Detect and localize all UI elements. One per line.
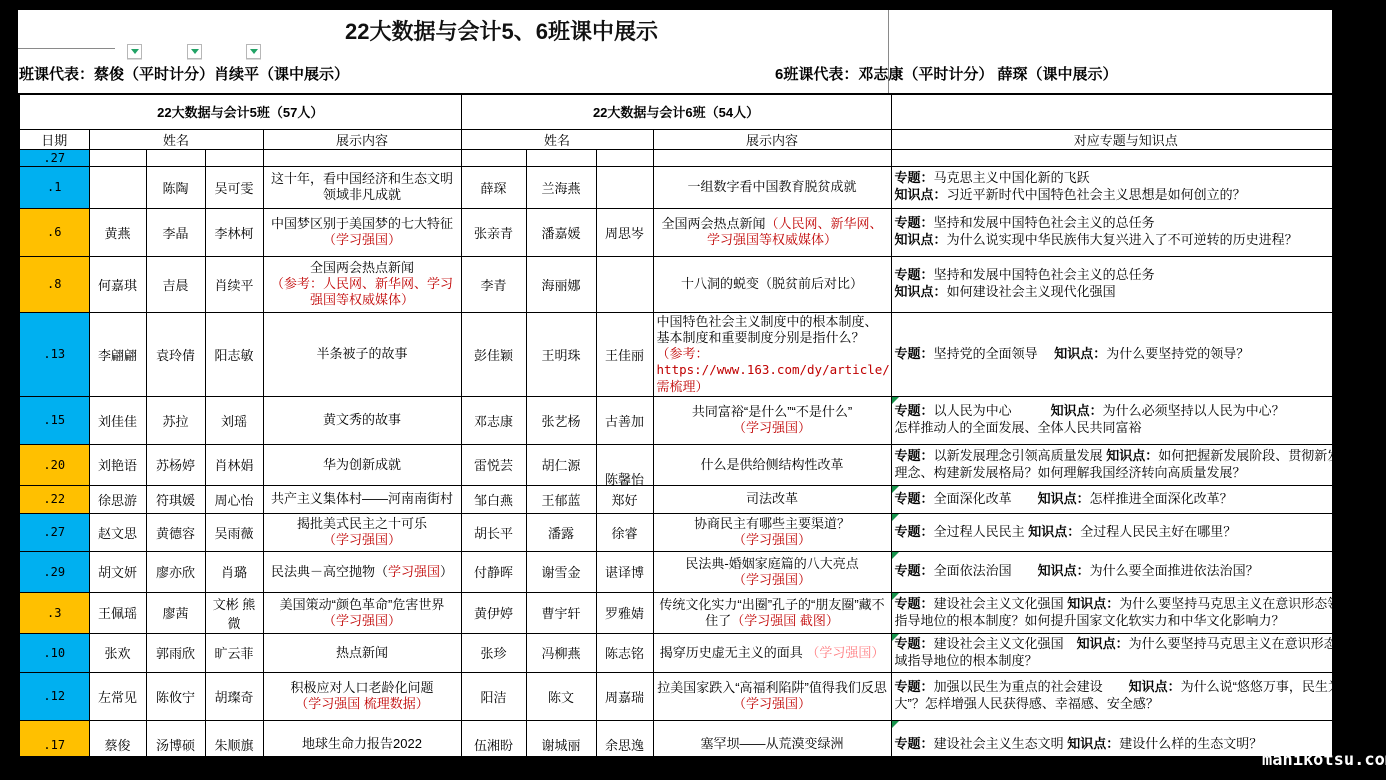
student-name-cell[interactable]: 陈陶 (146, 166, 205, 208)
column-header-names-class6[interactable]: 姓名 (461, 129, 653, 149)
text-segment: 中国特色社会主义制度中的根本制度、基本制度和重要制度分别是指什么？ (657, 314, 878, 345)
autofilter-button-3[interactable] (246, 44, 261, 59)
class6-section-header[interactable]: 22大数据与会计6班（54人） (461, 94, 891, 129)
presentation-content-cell[interactable]: 什么是供给侧结构性改革 (653, 444, 891, 485)
schedule-row: .13李翩翩袁玲倩阳志敏半条被子的故事彭佳颖王明珠王佳丽中国特色社会主义制度中的… (19, 312, 1332, 396)
column-header-topic[interactable]: 对应专题与知识点 (891, 129, 1332, 149)
presentation-content-cell[interactable]: 这十年，看中国经济和生态文明 领域非凡成就 (263, 166, 461, 208)
topic-knowledge-cell[interactable]: 专题：坚持党的全面领导 知识点：为什么要坚持党的领导？ (891, 312, 1332, 396)
text-segment: 一组数字看中国教育脱贫成就 (688, 179, 857, 194)
text-segment: （学习强国 梳理数据） (295, 696, 429, 711)
student-name-cell[interactable]: 符琪媛 (146, 485, 205, 513)
student-name-cell[interactable]: 何嘉琪 (89, 256, 146, 312)
text-segment: 坚持和发展中国特色社会主义的总任务 (934, 215, 1155, 230)
student-name-cell[interactable]: 旷云菲 (205, 633, 263, 672)
student-name-cell[interactable]: 张艺杨 (526, 396, 596, 444)
student-name-cell[interactable]: 苏杨婷 (146, 444, 205, 485)
text-segment: 如何建设社会主义现代化强国 (947, 284, 1116, 299)
presentation-content-cell[interactable]: 中国特色社会主义制度中的根本制度、基本制度和重要制度分别是指什么？ （参考： h… (653, 312, 891, 396)
student-name-cell[interactable] (526, 149, 596, 166)
column-header-names-class5[interactable]: 姓名 (89, 129, 263, 149)
student-name-cell[interactable]: 付静晖 (461, 551, 526, 592)
text-segment: 积极应对人口老龄化问题 (291, 680, 434, 695)
text-segment: 民法典-婚姻家庭篇的八大亮点 (685, 556, 858, 571)
text-segment: 为什么说实现中华民族伟大复兴进入了不可逆转的历史进程？ (947, 232, 1298, 247)
student-name-cell[interactable]: 谢城丽 (526, 720, 596, 756)
schedule-row: .22徐思游符琪媛周心怡共产主义集体村——河南南街村邹白燕王郁蓝郑好司法改革专题… (19, 485, 1332, 513)
presentation-content-cell[interactable]: 积极应对人口老龄化问题 （学习强国 梳理数据） (263, 672, 461, 720)
text-segment: （学习强国） (733, 696, 811, 711)
date-cell[interactable]: .29 (19, 551, 89, 592)
autofilter-button-2[interactable] (187, 44, 202, 59)
presentation-content-cell[interactable]: 中国梦区别于美国梦的七大特征 （学习强国） (263, 208, 461, 256)
schedule-row: .10张欢郭雨欣旷云菲热点新闻张珍冯柳燕陈志铭揭穿历史虚无主义的面具 （学习强国… (19, 633, 1332, 672)
date-cell[interactable]: .10 (19, 633, 89, 672)
topic-knowledge-cell[interactable]: 专题：以人民为中心 知识点：为什么必须坚持以人民为中心？ 怎样推动人的全面发展、… (891, 396, 1332, 444)
text-segment: 坚持党的全面领导 (934, 346, 1055, 361)
presentation-content-cell[interactable]: 美国策动“颜色革命”危害世界 （学习强国） (263, 592, 461, 633)
text-segment: 习近平新时代中国特色社会主义思想是如何创立的？ (947, 187, 1246, 202)
text-segment: 专题： (895, 267, 934, 282)
comment-marker-icon (892, 721, 899, 728)
student-name-cell[interactable]: 张珍 (461, 633, 526, 672)
student-name-cell[interactable]: 郭雨欣 (146, 633, 205, 672)
text-segment: 知识点： (1129, 679, 1181, 694)
student-name-cell[interactable] (596, 149, 653, 166)
student-name-cell[interactable]: 古善加 (596, 396, 653, 444)
student-name-cell[interactable] (89, 166, 146, 208)
student-name-cell[interactable] (596, 256, 653, 312)
student-name-cell[interactable]: 黄德容 (146, 513, 205, 551)
topic-knowledge-cell[interactable]: 专题：全面深化改革 知识点：怎样推进全面深化改革？ (891, 485, 1332, 513)
text-segment: 知识点： (1077, 636, 1129, 651)
schedule-row: .27赵文思黄德容吴雨薇揭批美式民主之十可乐 （学习强国）胡长平潘露徐睿协商民主… (19, 513, 1332, 551)
student-name-cell[interactable]: 张欢 (89, 633, 146, 672)
text-segment: 坚持和发展中国特色社会主义的总任务 (934, 267, 1155, 282)
schedule-row: .29胡文妍廖亦欣肖璐民法典－高空抛物（学习强国）付静晖谢雪金谌译博民法典-婚姻… (19, 551, 1332, 592)
student-name-cell[interactable]: 冯柳燕 (526, 633, 596, 672)
schedule-row: .12左常见陈攸宁胡璨奇积极应对人口老龄化问题 （学习强国 梳理数据）阳洁陈文周… (19, 672, 1332, 720)
student-name-cell[interactable]: 刘佳佳 (89, 396, 146, 444)
student-name-cell[interactable] (146, 149, 205, 166)
schedule-row: .1陈陶吴可雯这十年，看中国经济和生态文明 领域非凡成就薛琛兰海燕一组数字看中国… (19, 166, 1332, 208)
text-segment: 知识点： (895, 232, 947, 247)
student-name-cell[interactable]: 阳洁 (461, 672, 526, 720)
schedule-row: .6黄燕李晶李林柯中国梦区别于美国梦的七大特征 （学习强国）张亲青潘嘉媛周思岑全… (19, 208, 1332, 256)
text-segment: （学习强国） (733, 572, 811, 587)
text-segment: 这十年，看中国经济和生态文明 领域非凡成就 (271, 171, 453, 202)
text-segment: 黄文秀的故事 (323, 412, 401, 427)
text-segment: 十八洞的蜕变（脱贫前后对比） (681, 276, 863, 291)
text-segment: 需梳理） (657, 379, 709, 394)
text-segment: 怎样推进全面深化改革？ (1090, 491, 1233, 506)
student-name-cell[interactable] (461, 149, 526, 166)
topic-knowledge-cell[interactable]: 专题：马克思主义中国化新的飞跃 知识点：习近平新时代中国特色社会主义思想是如何创… (891, 166, 1332, 208)
presentation-content-cell[interactable]: 民法典-婚姻家庭篇的八大亮点 （学习强国） (653, 551, 891, 592)
student-name-cell[interactable]: 刘瑶 (205, 396, 263, 444)
text-segment: 加强以民生为重点的社会建设 (934, 679, 1129, 694)
student-name-cell[interactable]: 李翩翩 (89, 312, 146, 396)
schedule-table-body: .27.1陈陶吴可雯这十年，看中国经济和生态文明 领域非凡成就薛琛兰海燕一组数字… (19, 149, 1332, 756)
student-name-cell[interactable]: 徐睿 (596, 513, 653, 551)
date-cell[interactable]: .15 (19, 396, 89, 444)
student-name-cell[interactable]: 郑好 (596, 485, 653, 513)
schedule-table: 22大数据与会计5班（57人） 22大数据与会计6班（54人） 日期 姓名 展示… (18, 93, 1332, 756)
text-segment: 全面依法治国 (934, 563, 1038, 578)
student-name-cell[interactable]: 潘露 (526, 513, 596, 551)
student-name-cell[interactable]: 李青 (461, 256, 526, 312)
comment-marker-icon (892, 634, 899, 641)
class5-representatives[interactable]: 班课代表：蔡俊（平时计分）肖续平（课中展示） (19, 63, 349, 84)
text-segment: 全过程人民民主 (934, 524, 1029, 539)
date-cell[interactable]: .20 (19, 444, 89, 485)
class5-section-header[interactable]: 22大数据与会计5班（57人） (19, 94, 461, 129)
presentation-content-cell[interactable]: 传统文化实力“出圈”孔子的“朋友圈”藏不住了（学习强国 截图） (653, 592, 891, 633)
text-segment: 知识点： (1038, 563, 1090, 578)
presentation-content-cell[interactable]: 热点新闻 (263, 633, 461, 672)
comment-marker-icon (892, 514, 899, 521)
text-segment: 司法改革 (746, 491, 798, 506)
student-name-cell[interactable]: 吉晨 (146, 256, 205, 312)
text-segment: 知识点： (895, 284, 947, 299)
empty-header-cell[interactable] (891, 94, 1332, 129)
schedule-row: .3王佩瑶廖茜文彬 熊微美国策动“颜色革命”危害世界 （学习强国）黄伊婷曹宇轩罗… (19, 592, 1332, 633)
text-segment: 专题： (895, 346, 934, 361)
student-name-cell[interactable]: 阳志敏 (205, 312, 263, 396)
student-name-cell[interactable]: 谢雪金 (526, 551, 596, 592)
text-segment: 专题： (895, 679, 934, 694)
student-name-cell[interactable]: 肖续平 (205, 256, 263, 312)
filter-dropdown-icon (131, 49, 139, 54)
student-name-cell[interactable]: 周思岑 (596, 208, 653, 256)
student-name-cell[interactable]: 徐思游 (89, 485, 146, 513)
text-segment: 知识点： (1054, 346, 1106, 361)
text-segment: 专题： (895, 448, 934, 463)
student-name-cell[interactable]: 苏拉 (146, 396, 205, 444)
column-header-content-class6[interactable]: 展示内容 (653, 129, 891, 149)
text-segment: 什么是供给侧结构性改革 (701, 457, 844, 472)
text-segment: 全国两会热点新闻 (662, 216, 766, 231)
text-segment: 以人民为中心 (934, 403, 1051, 418)
topic-knowledge-cell[interactable]: 专题：以新发展理念引领高质量发展 知识点：如何把握新发展阶段、贯彻新发展理念、构… (891, 444, 1332, 485)
date-cell[interactable]: .27 (19, 513, 89, 551)
column-header-content-class5[interactable]: 展示内容 (263, 129, 461, 149)
text-segment: 半条被子的故事 (317, 346, 408, 361)
student-name-cell[interactable]: 左常见 (89, 672, 146, 720)
student-name-cell[interactable]: 赵文思 (89, 513, 146, 551)
text-segment: https://www.163.com/dy/article/FSBNJ7E40… (657, 362, 892, 377)
text-segment: （学习强国 截图） (731, 613, 839, 628)
presentation-content-cell[interactable]: 全国两会热点新闻 （参考：人民网、新华网、学习强国等权威媒体） (263, 256, 461, 312)
row-divider (18, 48, 115, 49)
student-name-cell[interactable]: 张亲青 (461, 208, 526, 256)
text-segment: 建设社会主义文化强国 (934, 596, 1068, 611)
comment-marker-icon (892, 397, 899, 404)
text-segment: 以新发展理念引领高质量发展 (934, 448, 1107, 463)
student-name-cell[interactable]: 陈志铭 (596, 633, 653, 672)
page-title[interactable]: 22大数据与会计5、6班课中展示 (115, 12, 888, 52)
presentation-content-cell[interactable]: 民法典－高空抛物（学习强国） (263, 551, 461, 592)
text-segment: 拉美国家跌入“高福利陷阱”值得我们反思 (657, 680, 887, 695)
text-segment: 美国策动“颜色革命”危害世界 (280, 597, 445, 612)
text-segment: 全过程人民民主好在哪里？ (1080, 524, 1236, 539)
class6-representatives[interactable]: 6班课代表：邓志康（平时计分） 薛琛（课中展示） (775, 63, 1118, 84)
student-name-cell[interactable]: 兰海燕 (526, 166, 596, 208)
date-cell[interactable]: .22 (19, 485, 89, 513)
comment-marker-icon (892, 593, 899, 600)
text-segment: 专题： (895, 736, 934, 751)
text-segment: 揭批美式民主之十可乐 (297, 516, 427, 531)
student-name-cell[interactable]: 肖林娟 (205, 444, 263, 485)
topic-knowledge-cell[interactable]: 专题：全面依法治国 知识点：为什么要全面推进依法治国？ (891, 551, 1332, 592)
text-segment: 知识点： (1067, 736, 1119, 751)
autofilter-button-1[interactable] (127, 44, 142, 59)
text-segment: 专题： (895, 170, 934, 185)
student-name-cell[interactable] (596, 166, 653, 208)
schedule-row: .15刘佳佳苏拉刘瑶黄文秀的故事邓志康张艺杨古善加共同富裕“是什么”“不是什么”… (19, 396, 1332, 444)
presentation-content-cell[interactable]: 华为创新成就 (263, 444, 461, 485)
text-segment: 共同富裕“是什么”“不是什么” (692, 404, 852, 419)
presentation-content-cell[interactable]: 地球生命力报告2022 (263, 720, 461, 756)
text-segment: （学习强国） (323, 613, 401, 628)
presentation-content-cell[interactable]: 十八洞的蜕变（脱贫前后对比） (653, 256, 891, 312)
filter-dropdown-icon (191, 49, 199, 54)
column-header-date[interactable]: 日期 (19, 129, 89, 149)
date-cell[interactable]: .8 (19, 256, 89, 312)
student-name-offset: 陈馨怡 (605, 469, 644, 485)
filter-dropdown-icon (250, 49, 258, 54)
text-segment: 揭穿历史虚无主义的面具 (660, 645, 807, 660)
topic-knowledge-cell[interactable]: 专题：建设社会主义文化强国 知识点：为什么要坚持马克思主义在意识形态领域指导地位… (891, 633, 1332, 672)
date-cell[interactable]: .6 (19, 208, 89, 256)
presentation-content-cell[interactable]: 黄文秀的故事 (263, 396, 461, 444)
text-segment: 全面深化改革 (934, 491, 1038, 506)
date-cell[interactable]: .1 (19, 166, 89, 208)
text-segment: ） (440, 564, 453, 579)
presentation-content-cell[interactable]: 全国两会热点新闻（人民网、新华网、学习强国等权威媒体） (653, 208, 891, 256)
schedule-row: .27 (19, 149, 1332, 166)
student-name-cell[interactable]: 潘嘉媛 (526, 208, 596, 256)
text-segment: 专题： (895, 491, 934, 506)
student-name-cell[interactable]: 雷悦芸 (461, 444, 526, 485)
student-name-cell[interactable]: 周嘉瑞 (596, 672, 653, 720)
text-segment: 华为创新成就 (323, 457, 401, 472)
text-segment: 知识点： (1028, 524, 1080, 539)
presentation-content-cell[interactable]: 揭穿历史虚无主义的面具 （学习强国） (653, 633, 891, 672)
schedule-row: .20刘艳语苏杨婷肖林娟华为创新成就雷悦芸胡仁源陈馨怡什么是供给侧结构性改革专题… (19, 444, 1332, 485)
presentation-content-cell[interactable]: 共产主义集体村——河南南街村 (263, 485, 461, 513)
text-segment: （学习强国） (323, 532, 401, 547)
text-segment: 建设什么样的生态文明？ (1119, 736, 1262, 751)
presentation-content-cell[interactable]: 半条被子的故事 (263, 312, 461, 396)
text-segment: 建设社会主义文化强国 (934, 636, 1077, 651)
student-name-cell[interactable]: 谌译博 (596, 551, 653, 592)
text-segment: 建设社会主义生态文明 (934, 736, 1068, 751)
date-cell[interactable]: .12 (19, 672, 89, 720)
student-name-cell[interactable]: 邹白燕 (461, 485, 526, 513)
student-name-cell[interactable]: 曹宇轩 (526, 592, 596, 633)
topic-knowledge-cell[interactable]: 专题：全过程人民民主 知识点：全过程人民民主好在哪里？ (891, 513, 1332, 551)
watermark: manikotsu.com (1262, 750, 1386, 770)
topic-knowledge-cell[interactable]: 专题：坚持和发展中国特色社会主义的总任务 知识点：如何建设社会主义现代化强国 (891, 256, 1332, 312)
student-name-cell[interactable]: 袁玲倩 (146, 312, 205, 396)
topic-knowledge-cell[interactable]: 专题：加强以民生为重点的社会建设 知识点：为什么说“悠悠万事，民生为大”？怎样增… (891, 672, 1332, 720)
text-segment: 为什么要坚持党的领导？ (1106, 346, 1249, 361)
student-name-cell[interactable]: 周心怡 (205, 485, 263, 513)
topic-knowledge-cell[interactable] (891, 149, 1332, 166)
student-name-cell[interactable]: 胡仁源 (526, 444, 596, 485)
student-name-cell[interactable]: 蔡俊 (89, 720, 146, 756)
student-name-cell[interactable]: 海丽娜 (526, 256, 596, 312)
text-segment: （学习强国） (733, 420, 811, 435)
student-name-cell[interactable]: 彭佳颖 (461, 312, 526, 396)
text-segment: 为什么要全面推进依法治国？ (1090, 563, 1259, 578)
student-name-cell[interactable]: 邓志康 (461, 396, 526, 444)
date-cell[interactable]: .17 (19, 720, 89, 756)
text-segment: （参考： (657, 346, 709, 361)
text-segment: （学习强国） (806, 645, 884, 660)
student-name-cell[interactable]: 吴雨薇 (205, 513, 263, 551)
date-cell[interactable]: .27 (19, 149, 89, 166)
student-name-cell[interactable]: 黄伊婷 (461, 592, 526, 633)
student-name-cell[interactable]: 王佩瑶 (89, 592, 146, 633)
text-segment: 专题： (895, 403, 934, 418)
text-segment: 知识点： (1106, 448, 1158, 463)
student-name-cell[interactable]: 薛琛 (461, 166, 526, 208)
comment-marker-icon (892, 552, 899, 559)
presentation-content-cell[interactable]: 协商民主有哪些主要渠道？ （学习强国） (653, 513, 891, 551)
text-segment: （学习强国） (733, 532, 811, 547)
topic-knowledge-cell[interactable]: 专题：建设社会主义文化强国 知识点：为什么要坚持马克思主义在意识形态领域指导地位… (891, 592, 1332, 633)
text-segment: 专题： (895, 524, 934, 539)
date-cell[interactable]: .3 (19, 592, 89, 633)
topic-knowledge-cell[interactable]: 专题：坚持和发展中国特色社会主义的总任务 知识点：为什么说实现中华民族伟大复兴进… (891, 208, 1332, 256)
text-segment: 专题： (895, 636, 934, 651)
student-name-cell[interactable]: 胡长平 (461, 513, 526, 551)
student-name-cell[interactable]: 王佳丽 (596, 312, 653, 396)
schedule-row: .8何嘉琪吉晨肖续平全国两会热点新闻 （参考：人民网、新华网、学习强国等权威媒体… (19, 256, 1332, 312)
schedule-row: .17蔡俊汤博硕朱顺旗地球生命力报告2022伍湘盼谢城丽余思逸塞罕坝——从荒漠变… (19, 720, 1332, 756)
presentation-content-cell[interactable]: 塞罕坝——从荒漠变绿洲 (653, 720, 891, 756)
student-name-cell[interactable]: 王郁蓝 (526, 485, 596, 513)
presentation-content-cell[interactable] (263, 149, 461, 166)
student-name-cell[interactable]: 汤博硕 (146, 720, 205, 756)
student-name-cell[interactable]: 廖茜 (146, 592, 205, 633)
student-name-cell[interactable]: 李林柯 (205, 208, 263, 256)
text-segment: 知识点： (1051, 403, 1103, 418)
student-name-cell[interactable]: 陈攸宁 (146, 672, 205, 720)
student-name-cell[interactable]: 肖璐 (205, 551, 263, 592)
presentation-content-cell[interactable]: 司法改革 (653, 485, 891, 513)
text-segment: 全国两会热点新闻 (310, 260, 414, 275)
presentation-content-cell[interactable]: 共同富裕“是什么”“不是什么” （学习强国） (653, 396, 891, 444)
student-name-cell[interactable]: 黄燕 (89, 208, 146, 256)
text-segment: 民法典－高空抛物（ (271, 564, 388, 579)
text-segment: 马克思主义中国化新的飞跃 (934, 170, 1090, 185)
student-name-cell[interactable] (205, 149, 263, 166)
text-segment: （参考：人民网、新华网、学习强国等权威媒体） (271, 276, 453, 307)
student-name-cell[interactable]: 刘艳语 (89, 444, 146, 485)
student-name-cell[interactable]: 胡文妍 (89, 551, 146, 592)
student-name-cell[interactable]: 李晶 (146, 208, 205, 256)
text-segment: （学习强国） (323, 232, 401, 247)
date-cell[interactable]: .13 (19, 312, 89, 396)
presentation-content-cell[interactable]: 一组数字看中国教育脱贫成就 (653, 166, 891, 208)
student-name-cell[interactable]: 陈馨怡 (596, 444, 653, 485)
text-segment: 塞罕坝——从荒漠变绿洲 (701, 736, 844, 751)
text-segment: 专题： (895, 596, 934, 611)
student-name-cell[interactable]: 罗雅婧 (596, 592, 653, 633)
text-segment: 知识点： (1067, 596, 1119, 611)
student-name-cell[interactable]: 陈文 (526, 672, 596, 720)
text-segment: 学习强国 (388, 564, 440, 579)
presentation-content-cell[interactable]: 拉美国家跌入“高福利陷阱”值得我们反思（学习强国） (653, 672, 891, 720)
student-name-cell[interactable]: 廖亦欣 (146, 551, 205, 592)
text-segment: 热点新闻 (336, 645, 388, 660)
spreadsheet-area: 22大数据与会计5、6班课中展示 班课代表：蔡俊（平时计分）肖续平（课中展示） … (18, 10, 1332, 756)
text-segment: 专题： (895, 215, 934, 230)
student-name-cell[interactable]: 胡璨奇 (205, 672, 263, 720)
text-segment: 共产主义集体村——河南南街村 (271, 491, 453, 506)
text-segment: 知识点： (895, 187, 947, 202)
student-name-cell[interactable]: 伍湘盼 (461, 720, 526, 756)
student-name-cell[interactable]: 文彬 熊微 (205, 592, 263, 633)
spreadsheet-screenshot: { "title": "22大数据与会计5、6班课中展示", "reps_lef… (0, 0, 1386, 780)
student-name-cell[interactable]: 吴可雯 (205, 166, 263, 208)
student-name-cell[interactable]: 余思逸 (596, 720, 653, 756)
text-segment: 知识点： (1038, 491, 1090, 506)
presentation-content-cell[interactable] (653, 149, 891, 166)
text-segment: 中国梦区别于美国梦的七大特征 (271, 216, 453, 231)
text-segment: 协商民主有哪些主要渠道？ (694, 516, 850, 531)
presentation-content-cell[interactable]: 揭批美式民主之十可乐 （学习强国） (263, 513, 461, 551)
student-name-cell[interactable] (89, 149, 146, 166)
text-segment: 专题： (895, 563, 934, 578)
student-name-cell[interactable]: 王明珠 (526, 312, 596, 396)
comment-marker-icon (892, 486, 899, 493)
text-segment: 地球生命力报告2022 (302, 736, 422, 751)
student-name-cell[interactable]: 朱顺旗 (205, 720, 263, 756)
